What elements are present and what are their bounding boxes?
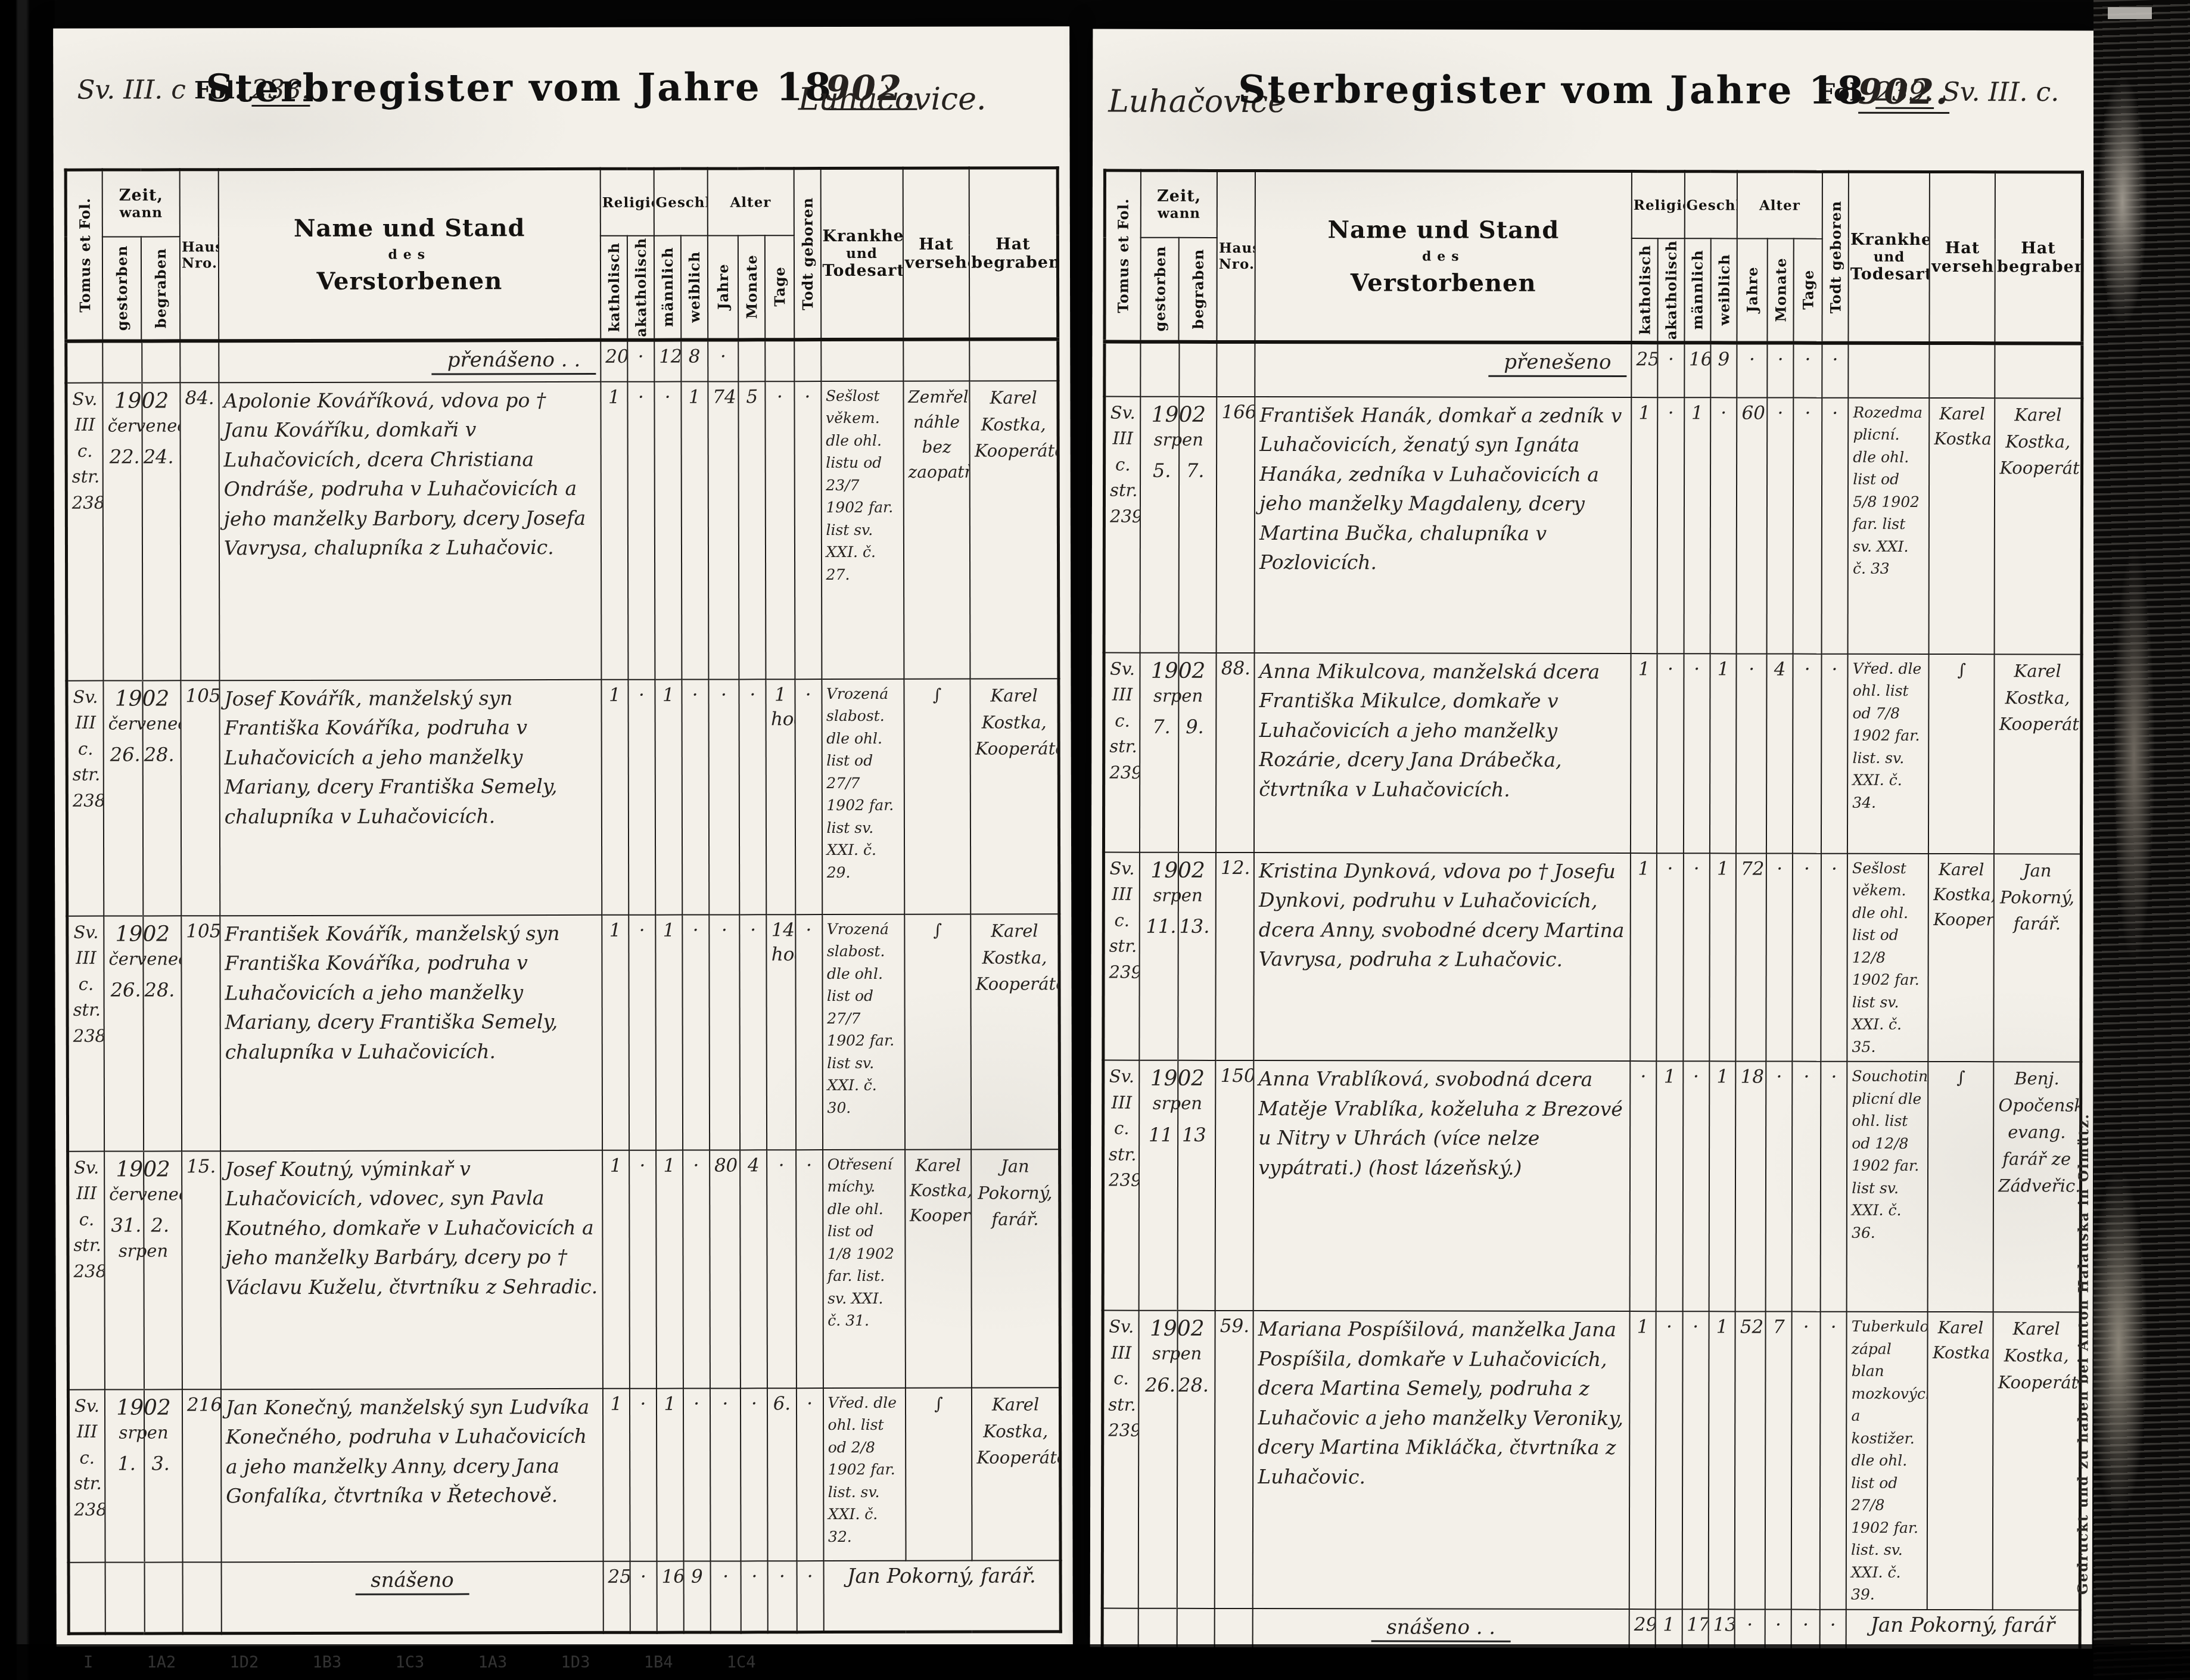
buried-by-cell: Karel Kostka, Kooperátor.: [1995, 398, 2082, 654]
sum-years: ·: [1735, 1609, 1765, 1648]
col-haus: Haus-Nro.: [180, 170, 219, 341]
age-months-cell: ·: [1767, 397, 1794, 654]
death-month: srpen: [1145, 683, 1212, 709]
tomus-cell: Sv. III c. str. 239: [1103, 652, 1140, 852]
folio-label: Fol.: [1818, 79, 1867, 107]
geschl-label: Geschl.: [1686, 197, 1735, 213]
sum-catholic: 29: [1629, 1609, 1656, 1649]
provided-sacraments-cell: ∫: [1928, 1062, 1994, 1312]
sum-days: ·: [1791, 1609, 1820, 1648]
age-months-cell: ·: [1766, 853, 1793, 1062]
sum-label: snášeno . .: [1371, 1615, 1511, 1642]
book-fore-edge: [2093, 0, 2190, 1680]
haus-label-2: Nro.: [182, 255, 217, 271]
col-begraben-sub: begraben: [141, 237, 180, 341]
provided-sacraments-cell: Karel Kostka: [1929, 398, 1995, 654]
empty-cell: [102, 341, 180, 382]
house-number-cell: 12.: [1216, 852, 1255, 1060]
name-and-status-cell: Kristina Dynková, vdova po † Josefu Dynk…: [1254, 853, 1631, 1062]
tomus-cell: Sv. III c. str. 239.: [1104, 396, 1140, 652]
acatholic-cell: ·: [1657, 853, 1684, 1062]
col-religion: Religion: [1632, 172, 1685, 238]
buried-day: 28.: [1177, 1373, 1211, 1398]
sum-label-cell: snášeno: [221, 1561, 603, 1633]
register-entry-row: Sv. III c. str. 239 1902 srpen 1113 150 …: [1103, 1060, 2081, 1312]
carry-months: [739, 340, 766, 381]
acatholic-cell: ·: [1657, 397, 1684, 654]
date-days: 7.9.: [1144, 715, 1211, 740]
death-month: červenec: [108, 413, 176, 439]
tomus-cell: Sv. III c. str. 238: [67, 916, 104, 1151]
age-months-cell: ·: [1766, 1062, 1793, 1312]
name-label-1: Name und Stand: [1257, 216, 1630, 244]
sum-female: 9: [683, 1561, 710, 1632]
age-years-cell: 72: [1736, 853, 1766, 1062]
carry-catholic: 20: [601, 340, 627, 381]
begraben-label-1: Hat: [1997, 239, 2080, 257]
name-label-1: Name und Stand: [220, 214, 599, 242]
acatholic-cell: ·: [629, 1150, 657, 1388]
buried-day: 13: [1177, 1122, 1211, 1147]
place-name-script: Luhačovice.: [798, 82, 987, 118]
death-year: 1902: [109, 1157, 177, 1181]
carry-days: ·: [1794, 343, 1822, 397]
col-begraben: Hatbegraben: [969, 168, 1058, 339]
death-month: srpen: [1145, 427, 1212, 453]
buried-by-cell: Jan Pokorný, farář.: [1994, 854, 2082, 1062]
col-alter: Alter: [707, 169, 794, 235]
weiblich-label: weiblich: [686, 251, 703, 322]
sum-years: ·: [710, 1561, 741, 1632]
date-cell: 1902 červenec 26.28.: [104, 916, 182, 1151]
female-cell: 1: [1710, 654, 1737, 853]
tomus-cell: Sv. III c. str. 239: [1103, 852, 1140, 1060]
register-entry-row: Sv. III c. str. 239 1902 srpen 7.9. 88. …: [1103, 652, 2082, 854]
died-day: 26.: [108, 743, 142, 768]
age-years-cell: 18: [1735, 1062, 1766, 1312]
date-cell: 1902 červenec 31.2. srpen: [104, 1151, 182, 1389]
age-days-cell: 1 hod:: [766, 679, 795, 914]
age-days-cell: ·: [1793, 397, 1822, 654]
provided-sacraments-cell: ∫: [906, 1387, 972, 1560]
empty-cell: [1995, 343, 2082, 398]
empty-cell: [1102, 1608, 1138, 1648]
buried-by-cell: Karel Kostka, Kooperátor: [1994, 654, 2082, 854]
date-days: 22.24.: [108, 444, 176, 469]
illness-cell: Vrozená slabost. dle ohl. list od 27/7 1…: [822, 679, 904, 914]
name-label-2: des: [1257, 248, 1630, 265]
age-months-cell: 5: [739, 381, 766, 679]
religion-label: Religion: [1634, 197, 1683, 213]
krankheit-label-2: und: [1850, 249, 1928, 265]
provided-sacraments-cell: Karel Kostka, Kooperátor: [905, 1149, 972, 1387]
burial-month: srpen: [110, 1238, 178, 1264]
register-entry-row: Sv. III c. str. 238 1902 červenec 26.28.…: [67, 679, 1059, 916]
age-years-cell: 52: [1735, 1312, 1766, 1610]
register-entry-row: Sv. III c. str. 238 1902 červenec 31.2. …: [68, 1149, 1060, 1389]
film-frame-codes: I 1A2 1D2 1B3 1C3 1A3 1D3 1B4 1C4: [83, 1653, 755, 1672]
death-register-table-left: Tomus et Fol. Zeit,wann Haus-Nro. Name u…: [64, 166, 1062, 1635]
male-cell: ·: [1682, 1311, 1709, 1609]
col-religion: Religion: [601, 169, 654, 235]
name-and-status-cell: Josef Koutný, výminkař v Luhačovicích, v…: [220, 1150, 603, 1389]
maennlich-label: männlich: [1689, 250, 1706, 329]
haus-label-2: Nro.: [1219, 256, 1253, 272]
age-years-cell: ·: [708, 679, 739, 914]
male-cell: ·: [1682, 1061, 1709, 1311]
right-page: Luhačovice Sterbregister vom Jahre 18902…: [1090, 29, 2095, 1649]
col-monate: Monate: [738, 235, 765, 340]
age-years-cell: ·: [710, 1388, 741, 1561]
zeit-sub-label: wann: [104, 205, 178, 221]
carry-stillborn: ·: [1822, 343, 1848, 397]
date-cell: 1902 srpen 11.13.: [1140, 852, 1217, 1060]
stillborn-cell: ·: [1820, 1312, 1847, 1610]
date-cell: 1902 červenec 22.24.: [102, 382, 181, 680]
alter-label: Alter: [1739, 197, 1821, 213]
death-year: 1902: [1144, 1317, 1211, 1341]
col-gestorben: gestorben: [1141, 237, 1179, 341]
weiblich-label: weiblich: [1715, 254, 1732, 325]
col-akatholisch: akatholisch: [627, 235, 654, 340]
catholic-cell: 1: [1630, 853, 1657, 1062]
female-cell: ·: [682, 914, 710, 1150]
register-entry-row: Sv. III c. str. 238 1902 červenec 26.28.…: [67, 914, 1060, 1151]
date-cell: 1902 srpen 1.3.: [105, 1389, 182, 1562]
empty-cell: [1215, 1608, 1253, 1648]
alter-label: Alter: [709, 194, 792, 210]
died-day: 11.: [1144, 914, 1178, 939]
col-weiblich: weiblich: [1710, 238, 1737, 343]
age-days-cell: ·: [1793, 853, 1821, 1062]
monate-label: Monate: [1772, 258, 1789, 322]
empty-cell: [821, 339, 903, 381]
film-bottom-strip: I 1A2 1D2 1B3 1C3 1A3 1D3 1B4 1C4: [0, 1644, 2190, 1680]
col-versehen: Hatversehen: [903, 168, 969, 339]
name-label-3: Verstorbenen: [220, 267, 599, 295]
col-todtgeboren: Todt geboren: [794, 169, 821, 340]
empty-cell: [1138, 1608, 1215, 1648]
col-versehen: Hatversehen: [1930, 172, 1995, 343]
illness-cell: Rozedma plicní. dle ohl. list od 5/8 190…: [1848, 397, 1930, 654]
house-number-cell: 105: [181, 916, 220, 1151]
catholic-cell: 1: [601, 679, 629, 914]
sum-stillborn: ·: [797, 1561, 823, 1632]
col-zeit: Zeit,wann: [1141, 170, 1217, 237]
female-cell: ·: [1710, 397, 1737, 654]
sum-months: ·: [741, 1561, 768, 1632]
col-krankheit: KrankheitundTodesart: [1849, 172, 1930, 343]
buried-day: 28.: [143, 978, 177, 1003]
sum-acatholic: ·: [630, 1561, 657, 1632]
tomus-cell: Sv. III c. str. 239: [1103, 1060, 1139, 1311]
zeit-label: Zeit,: [104, 186, 178, 205]
catholic-cell: 1: [1631, 397, 1658, 654]
age-days-cell: ·: [1793, 654, 1821, 853]
male-cell: ·: [1684, 654, 1710, 853]
death-month: červenec: [108, 711, 176, 737]
female-cell: 1: [1709, 853, 1736, 1062]
acatholic-cell: ·: [1657, 654, 1684, 853]
microfilm-frame: Sv. III. c Fol. 238. Sterbregister vom J…: [0, 0, 2190, 1680]
name-and-status-cell: František Hanák, domkař a zedník v Luhač…: [1255, 397, 1632, 654]
register-entry-row: Sv. III c. str. 239 1902 srpen 11.13. 12…: [1103, 852, 2082, 1062]
date-days: 31.2.: [109, 1213, 177, 1238]
died-day: 7.: [1144, 715, 1178, 740]
date-cell: 1902 srpen 1113: [1139, 1060, 1216, 1311]
folio-number: 239.: [1875, 77, 1934, 109]
sum-male: 16: [657, 1561, 683, 1632]
date-days: 26.28.: [109, 978, 177, 1003]
col-name: Name und StanddesVerstorbenen: [1255, 171, 1632, 343]
volume-script: Sv. III. c.: [1942, 77, 2060, 107]
versehen-label-1: Hat: [1931, 239, 1993, 257]
col-tomus: Tomus et Fol.: [66, 170, 102, 341]
acatholic-cell: ·: [629, 914, 656, 1150]
begraben-label-2: begraben: [971, 253, 1055, 272]
female-cell: 1: [1709, 1311, 1735, 1609]
died-day: 11: [1144, 1122, 1177, 1147]
tomus-cell: Sv. III c. str. 238: [68, 1389, 105, 1562]
todtgeboren-label: Todt geboren: [798, 197, 816, 310]
female-cell: ·: [682, 679, 709, 914]
stillborn-cell: ·: [1821, 853, 1847, 1062]
tomus-cell: Sv. III c. str. 238: [67, 680, 104, 916]
male-cell: 1: [1684, 397, 1710, 654]
date-cell: 1902 červenec 26.28.: [104, 680, 182, 916]
carry-label: přenešeno: [1488, 350, 1626, 377]
krankheit-label-2: und: [822, 245, 901, 262]
col-jahre: Jahre: [1737, 238, 1768, 343]
date-days: 1.3.: [110, 1451, 178, 1476]
carry-female: 8: [681, 340, 708, 381]
versehen-label-2: versehen: [1931, 257, 1993, 276]
age-days-cell: ·: [1792, 1062, 1821, 1312]
gestorben-label: gestorben: [1151, 246, 1168, 332]
empty-cell: [1930, 343, 1995, 398]
buried-by-cell: Benj. Opočenský, evang. farář ze Zádveři…: [1993, 1062, 2081, 1312]
name-and-status-cell: Josef Kovářík, manželský syn Františka K…: [219, 679, 602, 915]
age-days-cell: 14 hod.: [767, 914, 796, 1150]
col-tage: Tage: [765, 235, 794, 340]
death-year: 1902: [1144, 1066, 1211, 1091]
age-days-cell: ·: [766, 381, 795, 679]
buried-day: 3.: [144, 1451, 178, 1476]
haus-label-1: Haus-: [182, 239, 217, 255]
catholic-cell: 1: [602, 1150, 630, 1388]
carry-stillborn: [794, 340, 821, 381]
page-sum-row: snášeno 25 · 16 9 · · · · Jan Pokorný, f…: [69, 1560, 1060, 1634]
akatholisch-label: akatholisch: [1662, 240, 1679, 340]
male-cell: 1: [657, 1388, 684, 1561]
provided-sacraments-cell: Zemřela náhle bez zaopatření.: [903, 381, 970, 679]
tomus-label: Tomus et Fol.: [76, 198, 93, 313]
death-year: 1902: [108, 686, 176, 711]
age-months-cell: 4: [740, 1150, 767, 1388]
death-year: 1902: [1144, 858, 1211, 882]
empty-cell: [69, 1562, 105, 1634]
male-cell: ·: [1683, 853, 1710, 1062]
geschl-label: Geschl.: [656, 194, 706, 210]
carry-months: ·: [1767, 343, 1793, 397]
illness-cell: Otřesení míchy. dle ohl. list od 1/8 190…: [823, 1149, 906, 1387]
carry-female: 9: [1710, 343, 1737, 397]
empty-cell: [180, 341, 219, 382]
buried-day: 13.: [1178, 914, 1211, 939]
house-number-cell: 15.: [182, 1151, 221, 1389]
died-day: 5.: [1145, 459, 1178, 484]
folio-reference-right: Fol. 239. Sv. III. c.: [1818, 77, 2060, 108]
printer-imprint: Gedruckt und zu haben bei Anton Halauska…: [2075, 1113, 2092, 1595]
title-printed: Sterbregister vom Jahre 18: [206, 65, 833, 111]
carry-years: ·: [708, 340, 739, 381]
empty-cell: [1217, 341, 1255, 396]
col-akatholisch: akatholisch: [1658, 238, 1685, 343]
sum-catholic: 25: [603, 1561, 630, 1632]
age-days-cell: ·: [1791, 1312, 1820, 1610]
col-monate: Monate: [1768, 238, 1794, 343]
illness-cell: Tuberkulosní zápal blan mozkových a kost…: [1846, 1312, 1928, 1610]
left-page: Sv. III. c Fol. 238. Sterbregister vom J…: [53, 26, 1073, 1647]
died-day: 26.: [1144, 1373, 1177, 1398]
col-todtgeboren: Todt geboren: [1822, 172, 1849, 343]
stillborn-cell: ·: [797, 1388, 824, 1561]
sum-months: ·: [1765, 1609, 1792, 1648]
age-months-cell: ·: [740, 914, 767, 1150]
begraben-sub-label: begraben: [1189, 249, 1206, 329]
stillborn-cell: ·: [794, 381, 822, 679]
col-jahre: Jahre: [708, 235, 739, 340]
empty-cell: [903, 339, 970, 381]
buried-day: 7.: [1178, 459, 1212, 484]
col-tage: Tage: [1794, 238, 1822, 343]
stillborn-cell: ·: [795, 914, 823, 1150]
zeit-sub-label: wann: [1143, 206, 1215, 222]
acatholic-cell: ·: [628, 679, 655, 914]
empty-cell: [182, 1562, 221, 1634]
sum-acatholic: 1: [1656, 1609, 1682, 1649]
title-printed: Sterbregister vom Jahre 18: [1238, 67, 1865, 113]
acatholic-cell: 1: [1656, 1061, 1683, 1311]
sum-male: 17: [1682, 1609, 1709, 1649]
tage-label: Tage: [1799, 270, 1816, 310]
jahre-label: Jahre: [714, 264, 732, 310]
catholic-cell: 1: [602, 914, 629, 1150]
illness-cell: Sešlost věkem. dle ohl. listu od 23/7 19…: [821, 381, 904, 679]
provided-sacraments-cell: ∫: [904, 914, 971, 1149]
col-katholisch: katholisch: [1631, 238, 1658, 343]
register-entry-row: Sv. III c. str. 238 1902 červenec 22.24.…: [66, 381, 1059, 680]
date-cell: 1902 srpen 5.7.: [1140, 396, 1217, 652]
date-days: 11.13.: [1144, 914, 1211, 939]
name-and-status-cell: Anna Vrablíková, svobodná dcera Matěje V…: [1253, 1060, 1631, 1311]
died-day: 1.: [110, 1452, 144, 1477]
house-number-cell: 59.: [1215, 1311, 1253, 1609]
provided-sacraments-cell: Karel Kostka: [1927, 1312, 1993, 1610]
sum-label-cell: snášeno . .: [1253, 1609, 1629, 1649]
empty-cell: [66, 341, 103, 382]
carry-label-cell: přenešeno: [1255, 342, 1631, 397]
buried-by-cell: Karel Kostka, Kooperátor.: [1993, 1312, 2080, 1610]
date-cell: 1902 srpen 26.28.: [1138, 1311, 1215, 1609]
provided-sacraments-cell: ∫: [1928, 654, 1995, 854]
krankheit-label-1: Krankheit: [822, 227, 901, 245]
house-number-cell: 88.: [1216, 652, 1255, 852]
empty-cell: [970, 339, 1058, 381]
died-day: 26.: [109, 978, 143, 1003]
death-year: 1902: [110, 1395, 178, 1420]
age-months-cell: ·: [741, 1388, 768, 1561]
jahre-label: Jahre: [1744, 267, 1761, 313]
catholic-cell: ·: [1630, 1061, 1657, 1311]
katholisch-label: katholisch: [1636, 245, 1653, 335]
carry-over-row: přenešeno 25 · 16 9 · · · ·: [1105, 341, 2082, 398]
male-cell: 1: [655, 914, 683, 1150]
begraben-sub-label: begraben: [152, 248, 169, 328]
catholic-cell: 1: [603, 1388, 630, 1561]
empty-cell: [1140, 341, 1217, 396]
buried-day: 9.: [1178, 715, 1211, 740]
death-month: červenec: [108, 946, 176, 972]
date-days: 26.28.: [108, 742, 176, 767]
stillborn-cell: ·: [1821, 654, 1848, 853]
todtgeboren-label: Todt geboren: [1827, 201, 1844, 314]
age-years-cell: ·: [1736, 654, 1766, 853]
maennlich-label: männlich: [659, 247, 676, 327]
male-cell: 1: [655, 679, 682, 914]
buried-day: 24.: [142, 444, 176, 469]
house-number-cell: 150: [1215, 1060, 1254, 1311]
col-zeit: Zeit,wann: [102, 170, 180, 237]
death-month: srpen: [110, 1420, 178, 1446]
sum-label: snášeno: [355, 1568, 469, 1595]
date-cell: 1902 srpen 7.9.: [1140, 652, 1217, 852]
empty-cell: [1849, 343, 1930, 397]
female-cell: ·: [683, 1388, 711, 1561]
col-geschl: Geschl.: [654, 169, 707, 235]
krankheit-label-3: Todesart: [1850, 265, 1928, 284]
age-years-cell: 74: [708, 381, 739, 679]
catholic-cell: 1: [1631, 654, 1657, 853]
male-cell: 1: [656, 1150, 683, 1388]
stillborn-cell: ·: [1821, 397, 1848, 654]
col-katholisch: katholisch: [601, 235, 627, 340]
carry-label-cell: přenášeno . .: [219, 340, 601, 382]
sum-days: ·: [768, 1561, 797, 1632]
carry-acatholic: ·: [1658, 343, 1684, 397]
right-page-header: Luhačovice Sterbregister vom Jahre 18902…: [1093, 29, 2095, 171]
death-month: červenec: [109, 1181, 177, 1208]
age-years-cell: 60: [1737, 397, 1768, 654]
buried-day: 28.: [142, 742, 176, 767]
name-and-status-cell: Jan Konečný, manželský syn Ludvíka Koneč…: [221, 1388, 604, 1561]
table-header-right: Tomus et Fol. Zeit,wann Haus-Nro. Name u…: [1105, 170, 2082, 343]
col-begraben: Hatbegraben: [1995, 172, 2083, 343]
house-number-cell: 166: [1217, 396, 1255, 652]
house-number-cell: 84.: [180, 382, 219, 680]
col-weiblich: weiblich: [681, 235, 708, 340]
begraben-label-1: Hat: [971, 235, 1055, 253]
name-and-status-cell: Anna Mikulcova, manželská dcera Františk…: [1254, 653, 1631, 853]
illness-cell: Vřed. dle ohl. list od 2/8 1902 far. lis…: [823, 1387, 906, 1560]
female-cell: 1: [1709, 1061, 1736, 1311]
priest-signature: Jan Pokorný, farář: [1846, 1609, 2080, 1648]
col-geschl: Geschl.: [1684, 172, 1737, 238]
tomus-label: Tomus et Fol.: [1115, 198, 1132, 313]
begraben-label-2: begraben: [1997, 257, 2080, 276]
carry-over-row: přenášeno . . 20 · 12 8 ·: [66, 339, 1058, 382]
death-month: srpen: [1144, 1341, 1211, 1367]
